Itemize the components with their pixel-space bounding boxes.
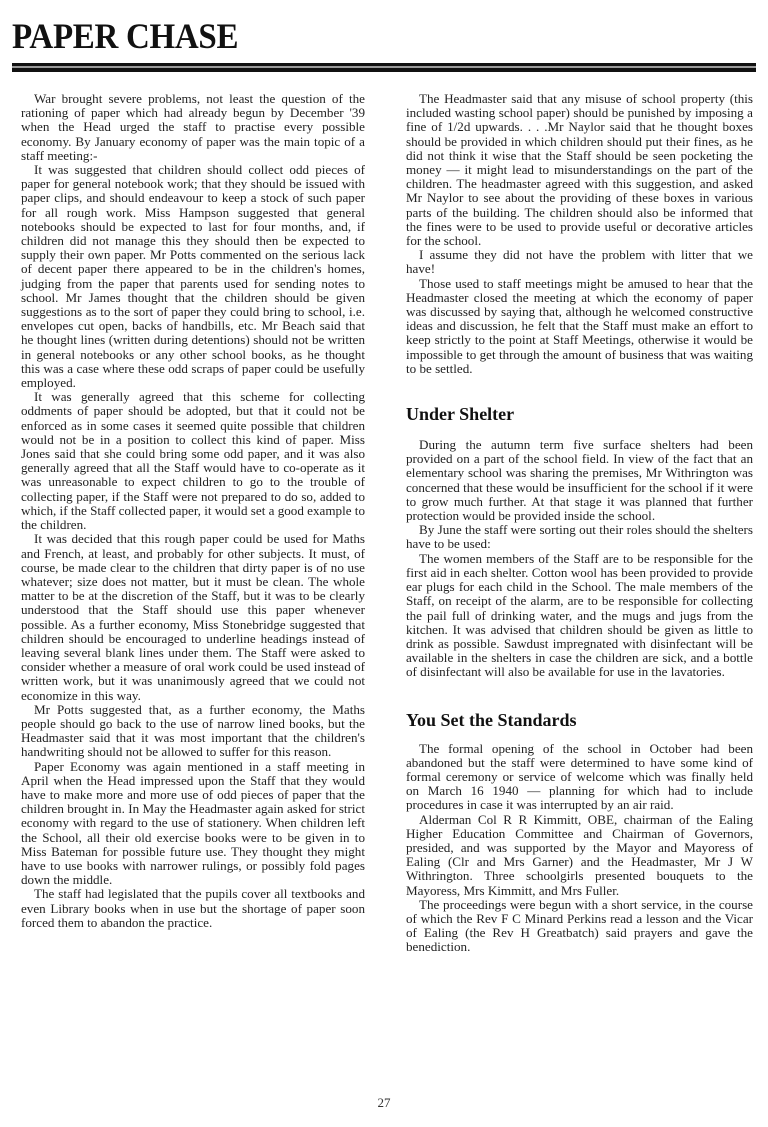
page-number: 27 — [0, 1095, 768, 1111]
paragraph: Those used to staff meetings might be am… — [406, 277, 753, 376]
paragraph: The women members of the Staff are to be… — [406, 552, 753, 680]
section-heading-under-shelter: Under Shelter — [406, 404, 753, 424]
paragraph: War brought severe problems, not least t… — [21, 92, 365, 163]
paragraph: Paper Economy was again mentioned in a s… — [21, 760, 365, 888]
right-column: The Headmaster said that any misuse of s… — [406, 92, 753, 955]
paragraph: The staff had legislated that the pupils… — [21, 887, 365, 930]
page-title: PAPER CHASE — [12, 18, 238, 58]
paragraph: The proceedings were begun with a short … — [406, 898, 753, 955]
paragraph: Alderman Col R R Kimmitt, OBE, chairman … — [406, 813, 753, 898]
paragraph: It was generally agreed that this scheme… — [21, 390, 365, 532]
paragraph: By June the staff were sorting out their… — [406, 523, 753, 551]
paragraph: The formal opening of the school in Octo… — [406, 742, 753, 813]
section-heading-you-set-the-standards: You Set the Standards — [406, 710, 753, 730]
left-column: War brought severe problems, not least t… — [21, 92, 365, 930]
paragraph: I assume they did not have the problem w… — [406, 248, 753, 276]
paragraph: Mr Potts suggested that, as a further ec… — [21, 703, 365, 760]
paragraph: It was suggested that children should co… — [21, 163, 365, 390]
title-rule-divider — [12, 63, 756, 72]
paragraph: During the autumn term five surface shel… — [406, 438, 753, 523]
paragraph: It was decided that this rough paper cou… — [21, 532, 365, 702]
paragraph: The Headmaster said that any misuse of s… — [406, 92, 753, 248]
